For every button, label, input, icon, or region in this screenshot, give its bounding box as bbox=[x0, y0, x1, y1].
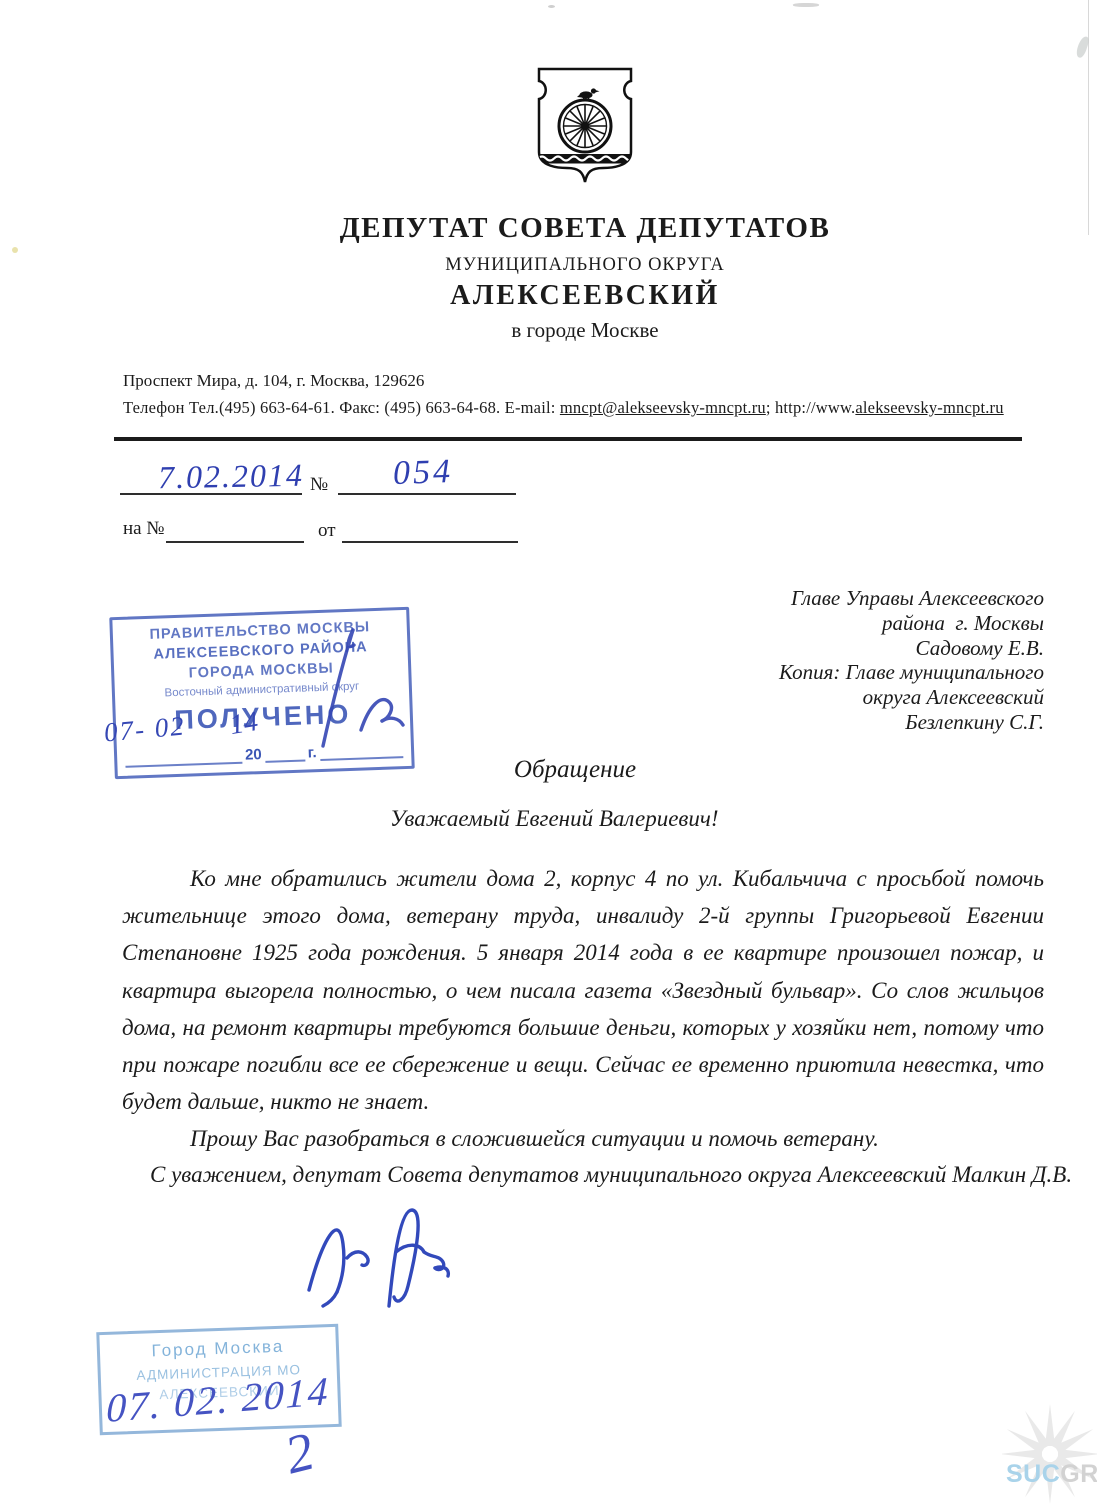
emblem-wheel-icon bbox=[559, 100, 611, 152]
incoming-from-label: от bbox=[318, 520, 336, 542]
letterhead-address: Проспект Мира, д. 104, г. Москва, 129626 bbox=[123, 371, 424, 391]
incoming-from-underline bbox=[342, 541, 518, 543]
letterhead-district: АЛЕКСЕЕВСКИЙ bbox=[75, 280, 1095, 312]
watermark-text-left: SUC bbox=[1006, 1460, 1060, 1488]
recipient-line: Безлепкину С.Г. bbox=[620, 710, 1044, 735]
email-text: mncpt@alekseevsky-mncpt.ru bbox=[560, 398, 766, 417]
watermark-text-right: GRAD bbox=[1060, 1460, 1097, 1488]
admin-stamp-handwritten-flourish: 2 bbox=[279, 1420, 320, 1487]
letterhead-divider bbox=[114, 437, 1022, 441]
letterhead-contacts: Телефон Тел.(495) 663-64-61. Факс: (495)… bbox=[123, 398, 1004, 418]
admin-stamp-line1: Город Москва bbox=[100, 1335, 337, 1363]
scan-edge-line bbox=[1088, 0, 1089, 235]
stamp-handwritten-year: 14 bbox=[228, 706, 261, 742]
signature bbox=[295, 1196, 485, 1308]
watermark-text: SUCGRAD bbox=[1006, 1460, 1097, 1489]
recipient-line: округа Алексеевский bbox=[620, 685, 1044, 710]
contacts-prefix: Телефон Тел.(495) 663-64-61. Факс: (495)… bbox=[123, 398, 560, 417]
scan-speck bbox=[548, 5, 555, 8]
incoming-number-label: на № bbox=[123, 518, 164, 540]
number-label: № bbox=[310, 474, 328, 496]
recipient-line: Копия: Главе муниципального bbox=[620, 660, 1044, 685]
letter-body: Ко мне обратились жители дома 2, корпус … bbox=[122, 860, 1044, 1158]
scan-speck bbox=[793, 3, 819, 7]
letter-salutation: Уважаемый Евгений Валериевич! bbox=[390, 806, 719, 832]
handwritten-number: 054 bbox=[392, 453, 453, 493]
stamp-checkmark-flourish bbox=[295, 618, 425, 758]
recipient-line: района г. Москвы bbox=[620, 611, 1044, 636]
letter-heading: Обращение bbox=[75, 756, 1075, 784]
district-emblem bbox=[533, 66, 637, 188]
letter-closing: С уважением, депутат Совета депутатов му… bbox=[122, 1156, 1082, 1193]
website-text: alekseevsky-mncpt.ru bbox=[855, 398, 1003, 417]
letter-paragraph: Прошу Вас разобраться в сложившейся ситу… bbox=[122, 1120, 1044, 1157]
number-underline bbox=[338, 493, 516, 495]
contacts-separator: ; http://www. bbox=[766, 398, 856, 417]
watermark-starburst-icon bbox=[1002, 1402, 1097, 1509]
handwritten-date: 7.02.2014 bbox=[158, 457, 305, 497]
scanned-letter-page: ДЕПУТАТ СОВЕТА ДЕПУТАТОВ МУНИЦИПАЛЬНОГО … bbox=[0, 0, 1097, 1509]
emblem-shield-icon bbox=[533, 66, 637, 188]
scan-speck bbox=[12, 247, 18, 253]
emblem-wave-icon bbox=[538, 154, 634, 164]
date-underline bbox=[120, 493, 302, 495]
letterhead-city: в городе Москве bbox=[75, 318, 1095, 343]
recipient-block: Главе Управы Алексеевскогорайона г. Моск… bbox=[620, 586, 1044, 735]
letter-paragraph: Ко мне обратились жители дома 2, корпус … bbox=[122, 860, 1044, 1120]
letterhead-subtitle: МУНИЦИПАЛЬНОГО ОКРУГА bbox=[75, 255, 1095, 276]
recipient-line: Садовому Е.В. bbox=[620, 636, 1044, 661]
recipient-line: Главе Управы Алексеевского bbox=[620, 586, 1044, 611]
letterhead-title: ДЕПУТАТ СОВЕТА ДЕПУТАТОВ bbox=[75, 212, 1095, 245]
incoming-number-underline bbox=[166, 541, 304, 543]
photo-watermark: SUCGRAD bbox=[1002, 1402, 1097, 1509]
